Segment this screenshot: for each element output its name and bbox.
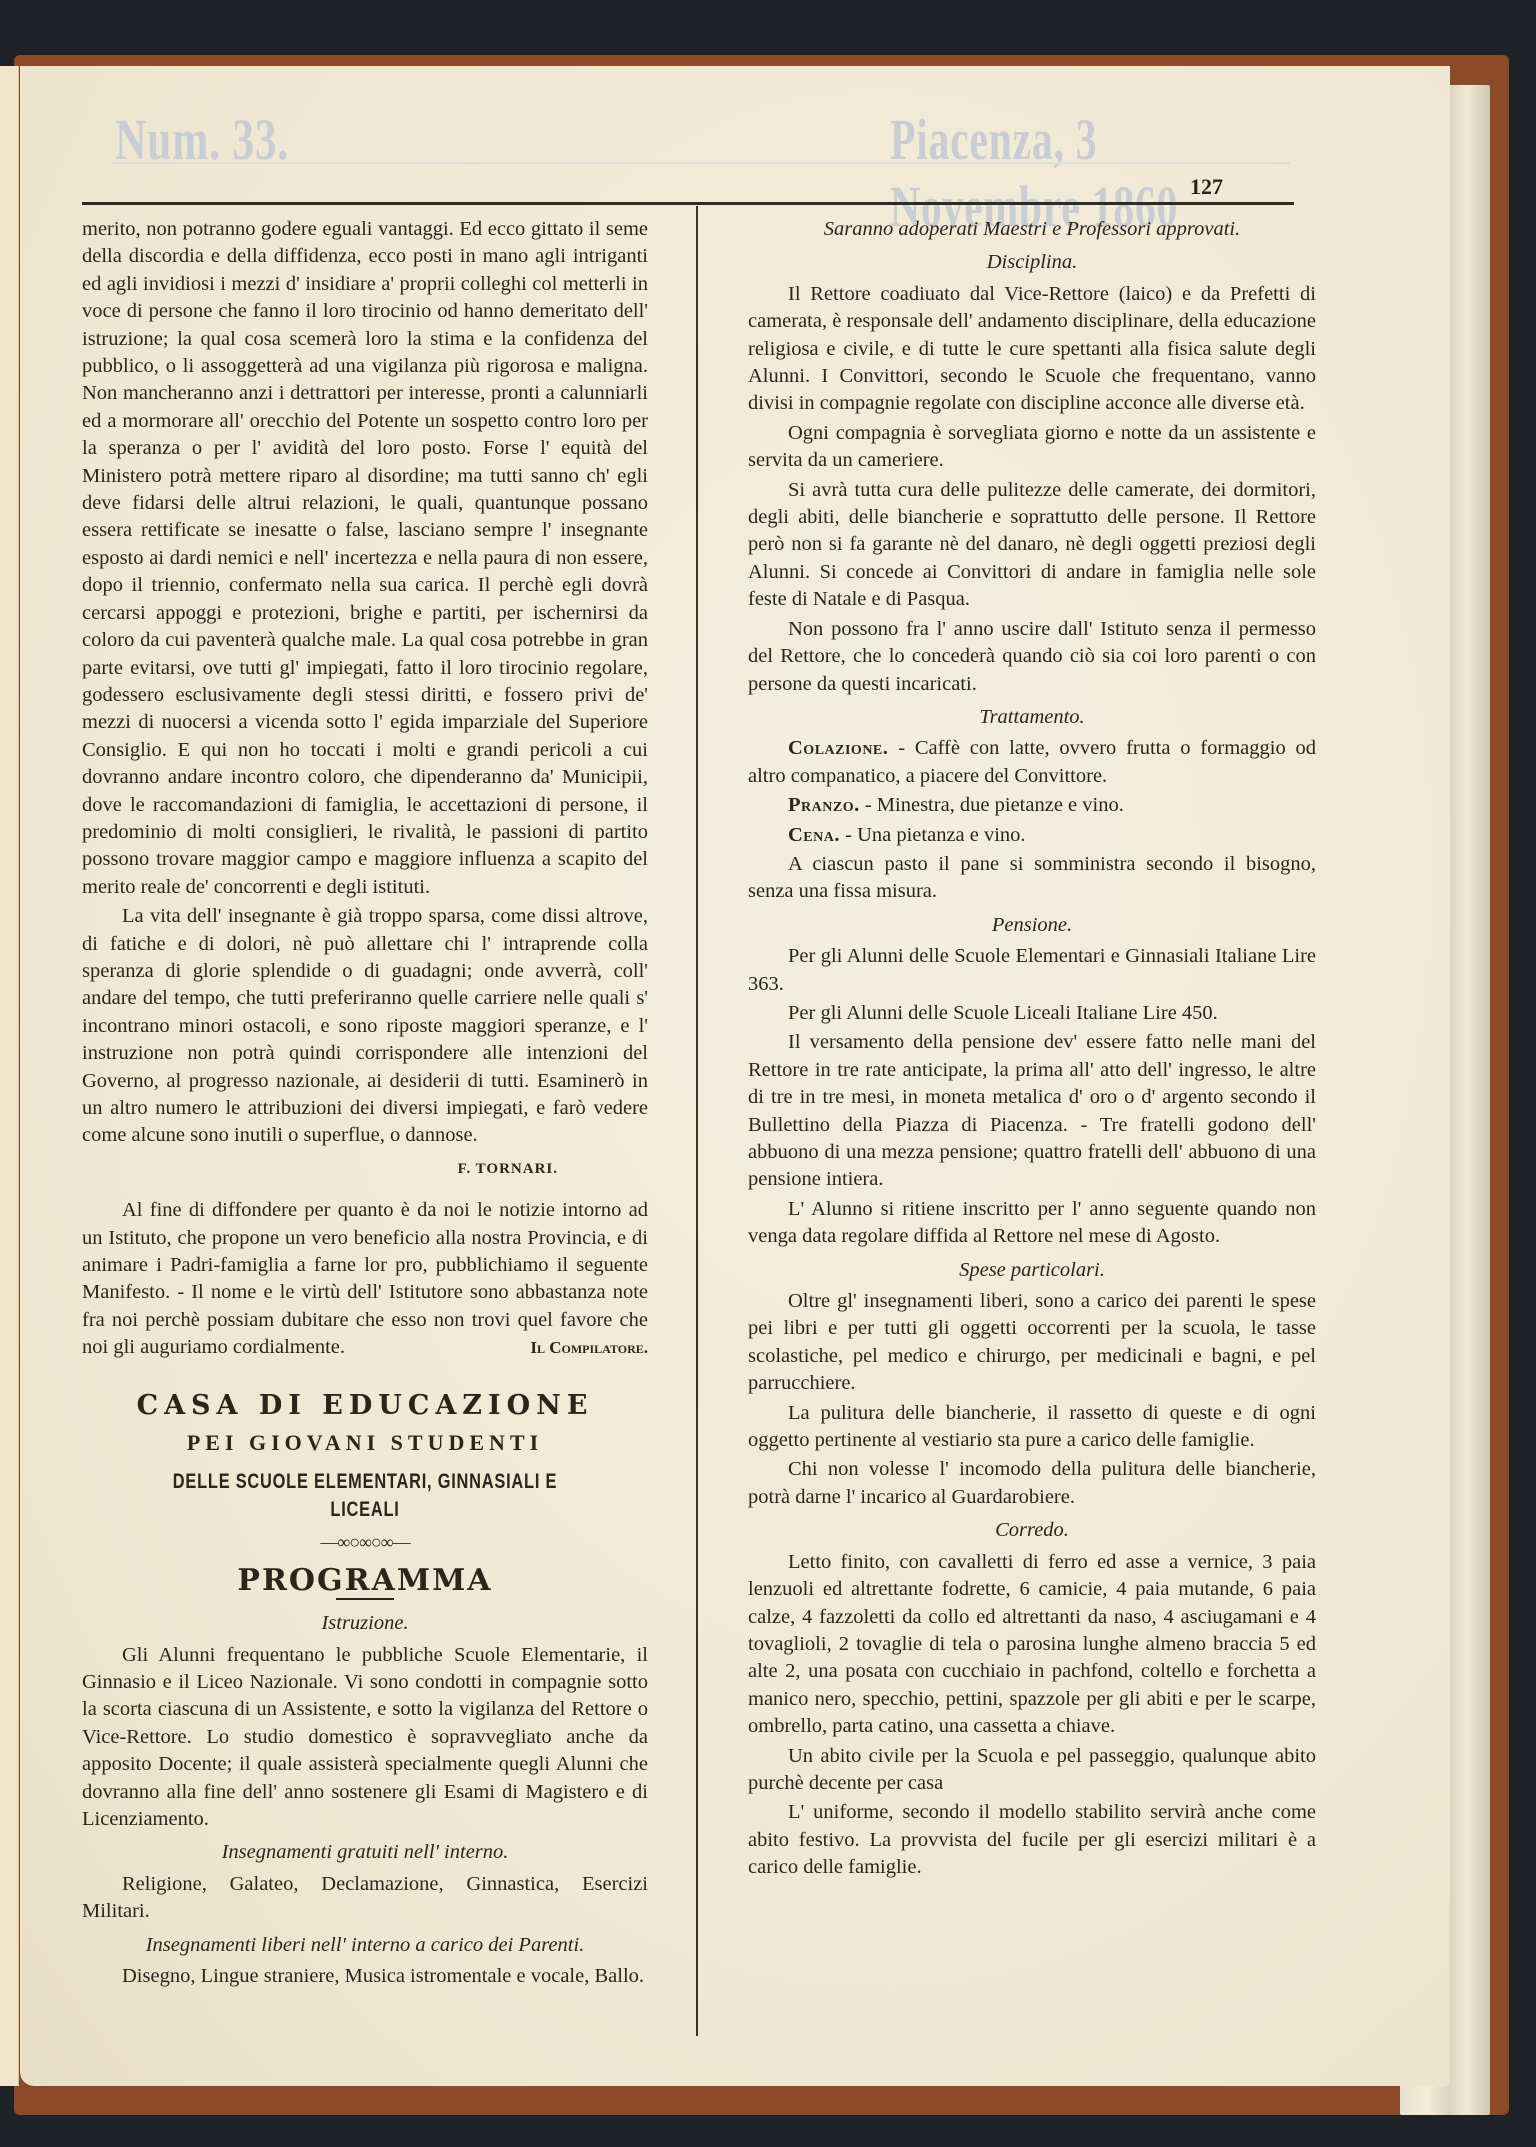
manifesto-title: CASA DI EDUCAZIONE [82,1392,648,1419]
meal-label: Cena. [788,824,840,846]
section-heading-liberi: Insegnamenti liberi nell' interno a cari… [82,1932,648,1959]
manifesto-schools: DELLE SCUOLE ELEMENTARI, GINNASIALI E LI… [144,1468,585,1523]
section-heading-spese: Spese particolari. [748,1257,1316,1284]
section-heading-istruzione: Istruzione. [82,1610,648,1637]
author-signature: F. TORNARI. [82,1156,648,1183]
meal-colazione: Colazione. - Caffè con latte, ovvero fru… [748,735,1316,790]
disciplina-paragraph: Si avrà tutta cura delle pulitezze delle… [748,477,1316,614]
corredo-paragraph: Letto finito, con cavalletti di ferro ed… [748,1549,1316,1741]
disciplina-paragraph: Il Rettore coadiuato dal Vice-Rettore (l… [748,281,1316,418]
section-heading-maestri: Saranno adoperati Maestri e Professori a… [748,216,1316,243]
pensione-paragraph: L' Alunno si ritiene inscritto per l' an… [748,1196,1316,1251]
header-rule [82,202,1294,205]
corredo-paragraph: L' uniforme, secondo il modello stabilit… [748,1799,1316,1881]
meal-text: - Una pietanza e vino. [840,824,1026,846]
previous-page-edge [0,66,19,2086]
spese-paragraph: Oltre gl' insegnamenti liberi, sono a ca… [748,1288,1316,1398]
meal-text: - Minestra, due pietanze e vino. [860,794,1124,816]
editor-signature: Il Compilatore. [490,1334,648,1361]
disciplina-paragraph: Non possono fra l' anno uscire dall' Ist… [748,616,1316,698]
pensione-paragraph: Per gli Alunni delle Scuole Elementari e… [748,943,1316,998]
spese-paragraph: Chi non volesse l' incomodo della pulitu… [748,1456,1316,1511]
article-paragraph: La vita dell' insegnante è già troppo sp… [82,903,648,1150]
left-column: merito, non potranno godere eguali vanta… [82,216,648,1990]
istruzione-paragraph: Gli Alunni frequentano le pubbliche Scuo… [82,1642,648,1834]
right-column: Saranno adoperati Maestri e Professori a… [748,216,1316,1882]
ornament-divider: —∞○∞○∞— [82,1529,648,1556]
short-rule [336,1598,394,1600]
section-heading-disciplina: Disciplina. [748,249,1316,276]
disciplina-paragraph: Ogni compagnia è sorvegliata giorno e no… [748,420,1316,475]
pensione-paragraph: Per gli Alunni delle Scuole Liceali Ital… [748,1000,1316,1027]
page-number: 127 [1190,174,1223,200]
bleed-through-rule [110,162,1290,164]
editor-note: Al fine di diffondere per quanto è da no… [82,1197,648,1361]
trattamento-paragraph: A ciascun pasto il pane si somministra s… [748,851,1316,906]
spese-paragraph: La pulitura delle biancherie, il rassett… [748,1400,1316,1455]
gratuiti-paragraph: Religione, Galateo, Declamazione, Ginnas… [82,1871,648,1926]
section-heading-pensione: Pensione. [748,912,1316,939]
section-heading-corredo: Corredo. [748,1517,1316,1544]
liberi-paragraph: Disegno, Lingue straniere, Musica istrom… [82,1963,648,1990]
article-paragraph: merito, non potranno godere eguali vanta… [82,216,648,901]
section-heading-trattamento: Trattamento. [748,704,1316,731]
meal-label: Colazione. [788,737,888,759]
meal-cena: Cena. - Una pietanza e vino. [748,822,1316,849]
newspaper-page: Num. 33. Piacenza, 3 Novembre 1860 127 m… [20,66,1450,2086]
pensione-paragraph: Il versamento della pensione dev' essere… [748,1029,1316,1193]
meal-label: Pranzo. [788,794,860,816]
corredo-paragraph: Un abito civile per la Scuola e pel pass… [748,1743,1316,1798]
manifesto-subtitle: PEI GIOVANI STUDENTI [82,1429,648,1456]
programma-heading: PROGRAMMA [82,1567,648,1594]
column-divider [696,206,698,2036]
meal-pranzo: Pranzo. - Minestra, due pietanze e vino. [748,792,1316,819]
section-heading-gratuiti: Insegnamenti gratuiti nell' interno. [82,1839,648,1866]
